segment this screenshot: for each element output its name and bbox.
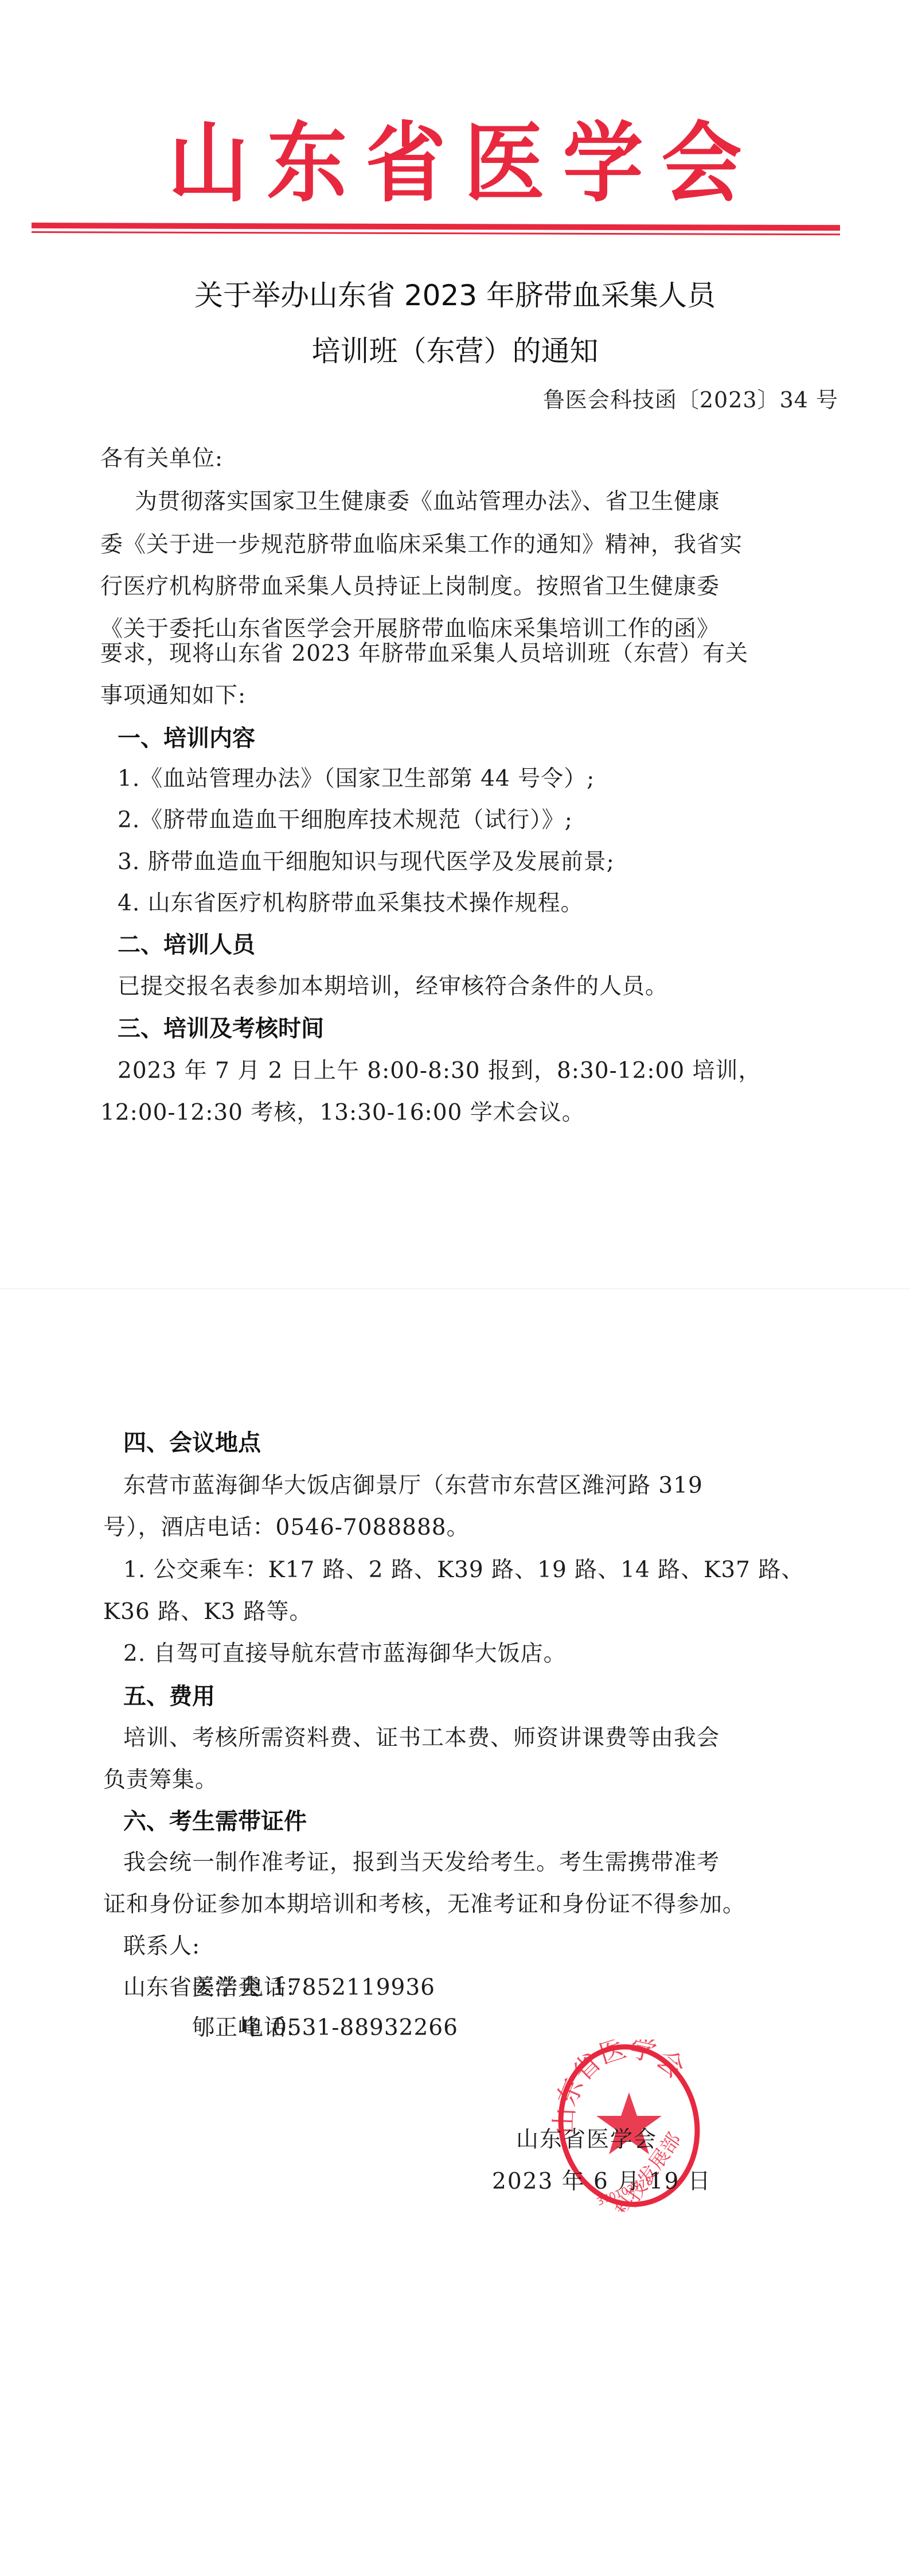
document-number: 鲁医会科技函〔2023〕34 号 [543,386,838,414]
fees-text: 负责筹集。 [103,1766,218,1795]
intro-line: 行医疗机构脐带血采集人员持证上岗制度。按照省卫生健康委 [100,573,720,601]
list-item: 1.《血站管理办法》（国家卫生部第 44 号令）; [118,765,595,793]
list-item: 2.《脐带血造血干细胞库技术规范（试行）》; [118,806,573,835]
intro-line: 事项通知如下: [100,682,246,710]
driving-directions: 2. 自驾可直接导航东营市蓝海御华大饭店。 [123,1640,567,1668]
masthead-char: 东 [267,114,347,213]
intro-line: 要求，现将山东省 2023 年脐带血采集人员培训班（东营）有关 [100,640,748,668]
section-heading-documents: 六、考生需带证件 [123,1807,307,1836]
contacts-label: 联系人: [123,1932,200,1961]
masthead-char: 医 [464,114,545,213]
masthead-org-name: 山 东 省 医 学 会 [0,118,910,209]
list-item: 4. 山东省医疗机构脐带血采集技术操作规程。 [118,889,584,918]
document-title-line-1: 关于举办山东省 2023 年脐带血采集人员 [0,278,910,313]
section-heading-schedule: 三、培训及考核时间 [118,1014,324,1043]
document-title-line-2: 培训班（东营）的通知 [0,334,910,368]
page-break-divider [0,1288,910,1289]
masthead-char: 省 [365,114,446,213]
masthead-char: 山 [168,114,248,213]
venue-address-line: 号），酒店电话：0546-7088888。 [103,1513,470,1542]
masthead-rule-thick [32,223,840,231]
documents-text: 我会统一制作准考证，报到当天发给考生。考生需携带准考 [123,1849,720,1877]
signature-date: 2023 年 6 月 19 日 [492,2168,712,2196]
intro-line: 为贯彻落实国家卫生健康委《血站管理办法》、省卫生健康 [135,488,720,516]
list-item: 3. 脐带血造血干细胞知识与现代医学及发展前景; [118,848,615,877]
section-heading-venue: 四、会议地点 [123,1429,261,1457]
section-heading-fees: 五、费用 [123,1682,215,1711]
fees-text: 培训、考核所需资料费、证书工本费、师资讲课费等由我会 [123,1724,720,1753]
masthead-char: 学 [563,114,643,213]
section-heading-trainees: 二、培训人员 [118,931,255,959]
masthead-rule-thin [32,231,840,235]
documents-text: 证和身份证参加本期培训和考核，无准考证和身份证不得参加。 [103,1890,745,1919]
venue-address-line: 东营市蓝海御华大饭店御景厅（东营市东营区潍河路 319 [123,1472,703,1500]
section-heading-training-content: 一、培训内容 [118,724,255,753]
signature-org: 山东省医学会 [516,2126,657,2154]
salutation: 各有关单位: [100,445,223,473]
contact-phone: 17852119936 [272,1974,435,2002]
bus-routes-line: 1. 公交乘车：K17 路、2 路、K39 路、19 路、14 路、K37 路、 [123,1556,804,1585]
bus-routes-line: K36 路、K3 路等。 [103,1598,313,1626]
contact-phone: 0531-88932266 [272,2014,458,2042]
masthead-char: 会 [662,114,742,213]
schedule-line: 12:00-12:30 考核，13:30-16:00 学术会议。 [100,1099,585,1127]
intro-line: 委《关于进一步规范脐带血临床采集工作的通知》精神，我省实 [100,531,743,559]
schedule-line: 2023 年 7 月 2 日上午 8:00-8:30 报到，8:30-12:00… [118,1057,761,1085]
trainees-text: 已提交报名表参加本期培训，经审核符合条件的人员。 [118,972,668,1001]
